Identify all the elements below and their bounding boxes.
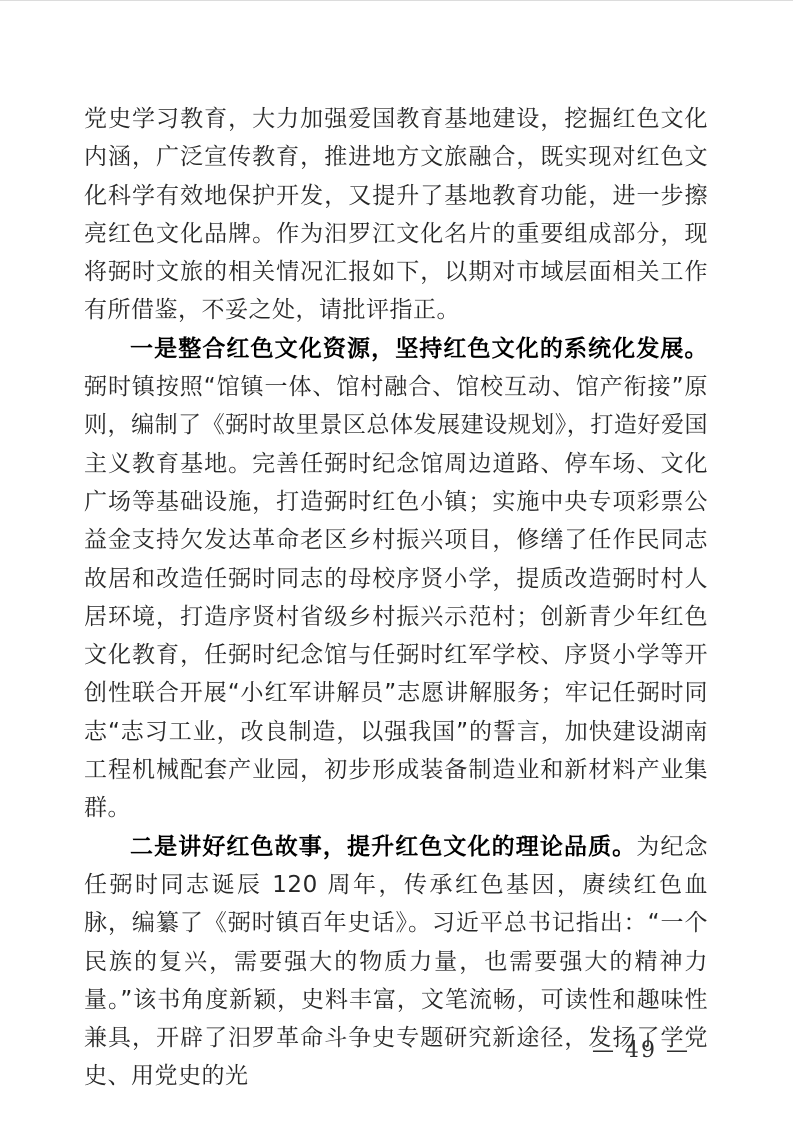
page-number: — 49 — (592, 1039, 690, 1063)
document-page: 党史学习教育，大力加强爱国教育基地建设，挖掘红色文化内涵，广泛宣传教育，推进地方… (0, 0, 793, 1122)
document-body: 党史学习教育，大力加强爱国教育基地建设，挖掘红色文化内涵，广泛宣传教育，推进地方… (84, 100, 708, 1096)
body-paragraph: 党史学习教育，大力加强爱国教育基地建设，挖掘红色文化内涵，广泛宣传教育，推进地方… (84, 100, 708, 330)
paragraph-lead-emphasis: 一是整合红色文化资源，坚持红色文化的系统化发展。 (130, 336, 708, 362)
paragraph-lead-emphasis: 二是讲好红色故事，提升红色文化的理论品质。 (130, 834, 636, 860)
paragraph-text-run: 弼时镇按照“馆镇一体、馆村融合、馆校互动、馆产衔接”原则，编制了《弼时故里景区总… (84, 374, 708, 821)
body-paragraph: 一是整合红色文化资源，坚持红色文化的系统化发展。弼时镇按照“馆镇一体、馆村融合、… (84, 330, 708, 828)
page-top-edge (0, 0, 793, 1)
paragraph-text-run: 党史学习教育，大力加强爱国教育基地建设，挖掘红色文化内涵，广泛宣传教育，推进地方… (84, 106, 708, 323)
